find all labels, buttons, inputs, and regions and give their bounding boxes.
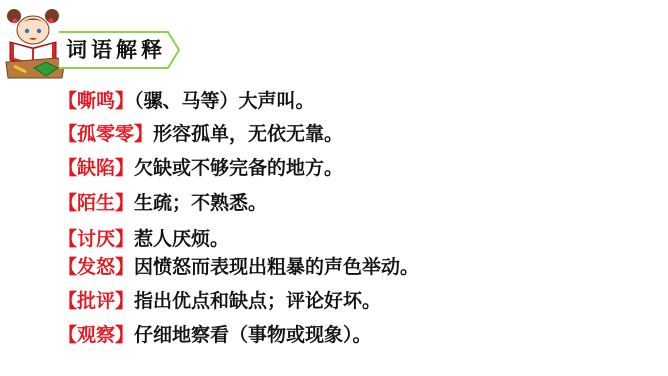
vocabulary-term: 【发怒】	[58, 256, 134, 278]
vocabulary-entry: 【批评】指出优点和缺点；评论好坏。	[58, 288, 381, 314]
vocabulary-entry: 【嘶鸣】（骡、马等）大声叫。	[58, 88, 315, 114]
vocabulary-term: 【讨厌】	[58, 228, 134, 250]
vocabulary-entry: 【陌生】生疏；不熟悉。	[58, 190, 267, 216]
girl-reading-book-icon	[4, 6, 66, 80]
vocabulary-term: 【观察】	[58, 324, 134, 346]
section-title: 词语解释	[66, 33, 166, 67]
vocabulary-term: 【陌生】	[58, 192, 134, 214]
vocabulary-term: 【批评】	[58, 290, 134, 312]
vocabulary-entry: 【孤零零】形容孤单，无依无靠。	[58, 121, 343, 147]
vocabulary-definition: 形容孤单，无依无靠。	[153, 123, 343, 145]
section-header: 词语解释	[0, 0, 200, 85]
vocabulary-definition: 指出优点和缺点；评论好坏。	[134, 290, 381, 312]
vocabulary-definition: 仔细地察看（事物或现象）。	[134, 324, 372, 346]
vocabulary-entry: 【观察】仔细地察看（事物或现象）。	[58, 322, 372, 348]
vocabulary-definition: 生疏；不熟悉。	[134, 192, 267, 214]
vocabulary-definition: 欠缺或不够完备的地方。	[134, 157, 343, 179]
vocabulary-entry: 【讨厌】惹人厌烦。	[58, 226, 229, 252]
vocabulary-term: 【孤零零】	[58, 123, 153, 145]
vocabulary-entry: 【缺陷】欠缺或不够完备的地方。	[58, 155, 343, 181]
vocabulary-definition: 因愤怒而表现出粗暴的声色举动。	[134, 256, 419, 278]
vocabulary-term: 【缺陷】	[58, 157, 134, 179]
vocabulary-entry: 【发怒】因愤怒而表现出粗暴的声色举动。	[58, 254, 419, 280]
vocabulary-definition: 惹人厌烦。	[134, 228, 229, 250]
vocabulary-definition: （骡、马等）大声叫。	[134, 90, 315, 112]
vocabulary-term: 【嘶鸣】	[58, 90, 134, 112]
